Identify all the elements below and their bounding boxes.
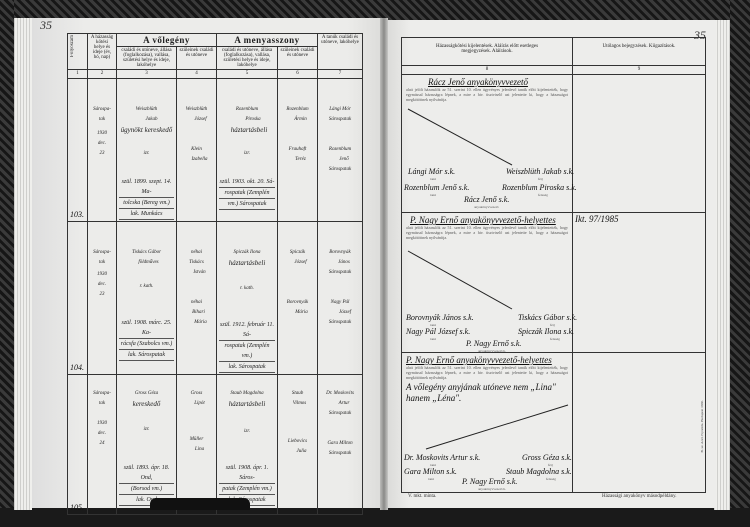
groom-details-cell: Gross Gézakereskedő izr. szül. 1893. ápr… — [117, 375, 177, 515]
colnum: 5 — [217, 70, 278, 79]
declaration-entry-105: P. Nagy Ernő anyakönyvvezető-helyettes a… — [402, 353, 706, 493]
groom-details-cell: Tiskács Gáborföldműves r. kath. szül. 19… — [117, 222, 177, 375]
footer-register-title: Házassági anyakönyv másodpéldány. — [602, 494, 677, 499]
declaration-cell: Rácz Jenő anyakönyvvezető alatt jelölt h… — [402, 75, 573, 213]
printer-imprint: B. sz. Acél. Nyomda. Budapest 1930. — [700, 400, 704, 453]
entry-number-cell: 103. — [68, 79, 88, 222]
place-date-cell: Sárospa-tak1930dec.23 — [88, 222, 117, 375]
book-cover-left — [0, 0, 14, 527]
place-date-cell: Sárospa-tak1930dec.24 — [88, 375, 117, 515]
colnum: 1 — [68, 70, 88, 79]
signature-registrar: P. Nagy Ernő s.k. — [466, 339, 521, 348]
entry-number: 105. — [70, 503, 84, 512]
register-entry-104: 104. Sárospa-tak1930dec.23 Tiskács Gábor… — [68, 222, 363, 375]
header-bride-group: A menyasszony — [217, 34, 318, 47]
entry-number-cell: 105. — [68, 375, 88, 515]
colnum: 7 — [318, 70, 363, 79]
bride-parents-cell: StaubVilmos LiebovicsJulia — [278, 375, 318, 515]
printed-declaration: alatt jelölt házasulók az 51. szerint 10… — [402, 87, 572, 102]
declaration-entry-103: Rácz Jenő anyakönyvvezető alatt jelölt h… — [402, 75, 706, 213]
declaration-cell: P. Nagy Ernő anyakönyvvezető-helyettes a… — [402, 353, 573, 493]
footer-form-number: V. mkt. minta. — [408, 494, 436, 499]
signature-witness-1: Borovnyák János s.k. — [406, 313, 474, 322]
book-bottom-shadow — [150, 498, 250, 510]
signature-witness-2: Nagy Pál József s.k. — [406, 327, 470, 336]
signature-registrar: P. Nagy Ernő s.k. — [462, 477, 517, 486]
officiant-heading: Rácz Jenő anyakönyvvezető — [402, 75, 572, 87]
entry-number-cell: 104. — [68, 222, 88, 375]
signature-bride: Spiczák Ilona s.k. — [518, 327, 574, 336]
strike-line — [406, 107, 516, 167]
colnum: 4 — [177, 70, 217, 79]
signature-witness-1: Lángi Mór s.k. — [408, 167, 455, 176]
witnesses-cell: BorovnyákJánosSárospatak Nagy PálJózsefS… — [318, 222, 363, 375]
signature-witness-2: Rozenblum Jenő s.k. — [404, 183, 469, 192]
witnesses-cell: Lángi MórSárospatak RozenblumJenőSárospa… — [318, 79, 363, 222]
spine-shadow — [380, 18, 388, 510]
officiant-heading: P. Nagy Ernő anyakönyvvezető-helyettes — [402, 213, 572, 225]
left-page-edges — [14, 18, 32, 510]
colnum: 2 — [88, 70, 117, 79]
left-page-number: 35 — [40, 18, 52, 33]
book-cover-right — [730, 0, 750, 527]
header-bride-parents: szüleinek családi és utóneve — [278, 47, 318, 70]
header-place-date: A házasság kötési helye és ideje (év, hó… — [88, 34, 117, 70]
signature-witness-1: Dr. Moskovits Artur s.k. — [404, 453, 480, 462]
header-folyoszam: Folyószám — [68, 34, 88, 70]
header-groom-details: családi és utóneve, állása (foglalkozása… — [117, 47, 177, 70]
later-notes-cell — [573, 75, 706, 213]
groom-details-cell: WeiszblüthJakabügynökt kereskedő izr. sz… — [117, 79, 177, 222]
colnum: 6 — [278, 70, 318, 79]
header-groom-parents: szüleinek családi és utóneve — [177, 47, 217, 70]
signature-bride: Rozenblum Piroska s.k. — [502, 183, 577, 192]
printed-declaration: alatt jelölt házasulók az 51. szerint 10… — [402, 365, 572, 380]
colnum: 3 — [117, 70, 177, 79]
signature-groom: Tiskács Gábor s.k. — [518, 313, 577, 322]
printed-declaration: alatt jelölt házasulók az 51. szerint 10… — [402, 225, 572, 240]
register-entry-103: 103. Sárospa-tak1930dec.23 WeiszblüthJak… — [68, 79, 363, 222]
later-notes-cell: Ikt. 97/1985 — [573, 213, 706, 353]
declaration-entry-104: P. Nagy Ernő anyakönyvvezető-helyettes a… — [402, 213, 706, 353]
colnum: 8 — [402, 66, 573, 75]
bride-parents-cell: SpiczákJózsef BorovnyákMária — [278, 222, 318, 375]
later-notes-cell — [573, 353, 706, 493]
groom-parents-cell: WeiszblüthJózsef KleinIzabella — [177, 79, 217, 222]
place-date-cell: Sárospa-tak1930dec.23 — [88, 79, 117, 222]
right-register-table: Házasságkötési kijelentések. Aláírás elő… — [401, 37, 706, 493]
signature-registrar: Rácz Jenő s.k. — [464, 195, 509, 204]
signature-bride: Staub Magdolna s.k. — [506, 467, 572, 476]
strike-line — [422, 403, 572, 453]
bride-details-cell: Staub Magdolnaháztartásbeli izr. szül. 1… — [217, 375, 278, 515]
header-witnesses: A tanúk családi és utóneve, lakóhelye — [318, 34, 363, 70]
signature-groom: Gross Géza s.k. — [522, 453, 572, 462]
header-declarations: Házasságkötési kijelentések. Aláírás elő… — [402, 38, 573, 66]
signature-groom: Weiszblüth Jakab s.k. — [506, 167, 574, 176]
colnum: 9 — [573, 66, 706, 75]
header-later-notes: Utólagos bejegyzések. Kiigazítások. — [573, 38, 706, 66]
bride-parents-cell: RozenblumÁrmin FrauhaftTeréz — [278, 79, 318, 222]
header-groom-group: A vőlegény — [117, 34, 217, 47]
right-page-edges — [714, 20, 730, 510]
officiant-heading: P. Nagy Ernő anyakönyvvezető-helyettes — [402, 353, 572, 365]
bride-details-cell: RozenblumPiroskaháztartásbeli izr. szül.… — [217, 79, 278, 222]
witnesses-cell: Dr. MoskovitsArturSárospatak Gara Milton… — [318, 375, 363, 515]
later-note-reference: Ikt. 97/1985 — [575, 214, 619, 224]
groom-parents-cell: GrossLipót MüllerLina — [177, 375, 217, 515]
entry-number: 104. — [70, 363, 84, 372]
strike-line — [406, 249, 516, 311]
left-register-table: Folyószám A házasság kötési helye és ide… — [67, 33, 363, 515]
header-bride-details: családi és utóneve, állása (foglalkozása… — [217, 47, 278, 70]
bride-details-cell: Spiczák Ilonaháztartásbeli r. kath. szül… — [217, 222, 278, 375]
entry-number: 103. — [70, 210, 84, 219]
register-entry-105: 105. Sárospa-tak1930dec.24 Gross Gézaker… — [68, 375, 363, 515]
signature-witness-2: Gara Milton s.k. — [404, 467, 457, 476]
groom-parents-cell: néhaiTiskácsIstván néhaiBihariMária — [177, 222, 217, 375]
declaration-cell: P. Nagy Ernő anyakönyvvezető-helyettes a… — [402, 213, 573, 353]
